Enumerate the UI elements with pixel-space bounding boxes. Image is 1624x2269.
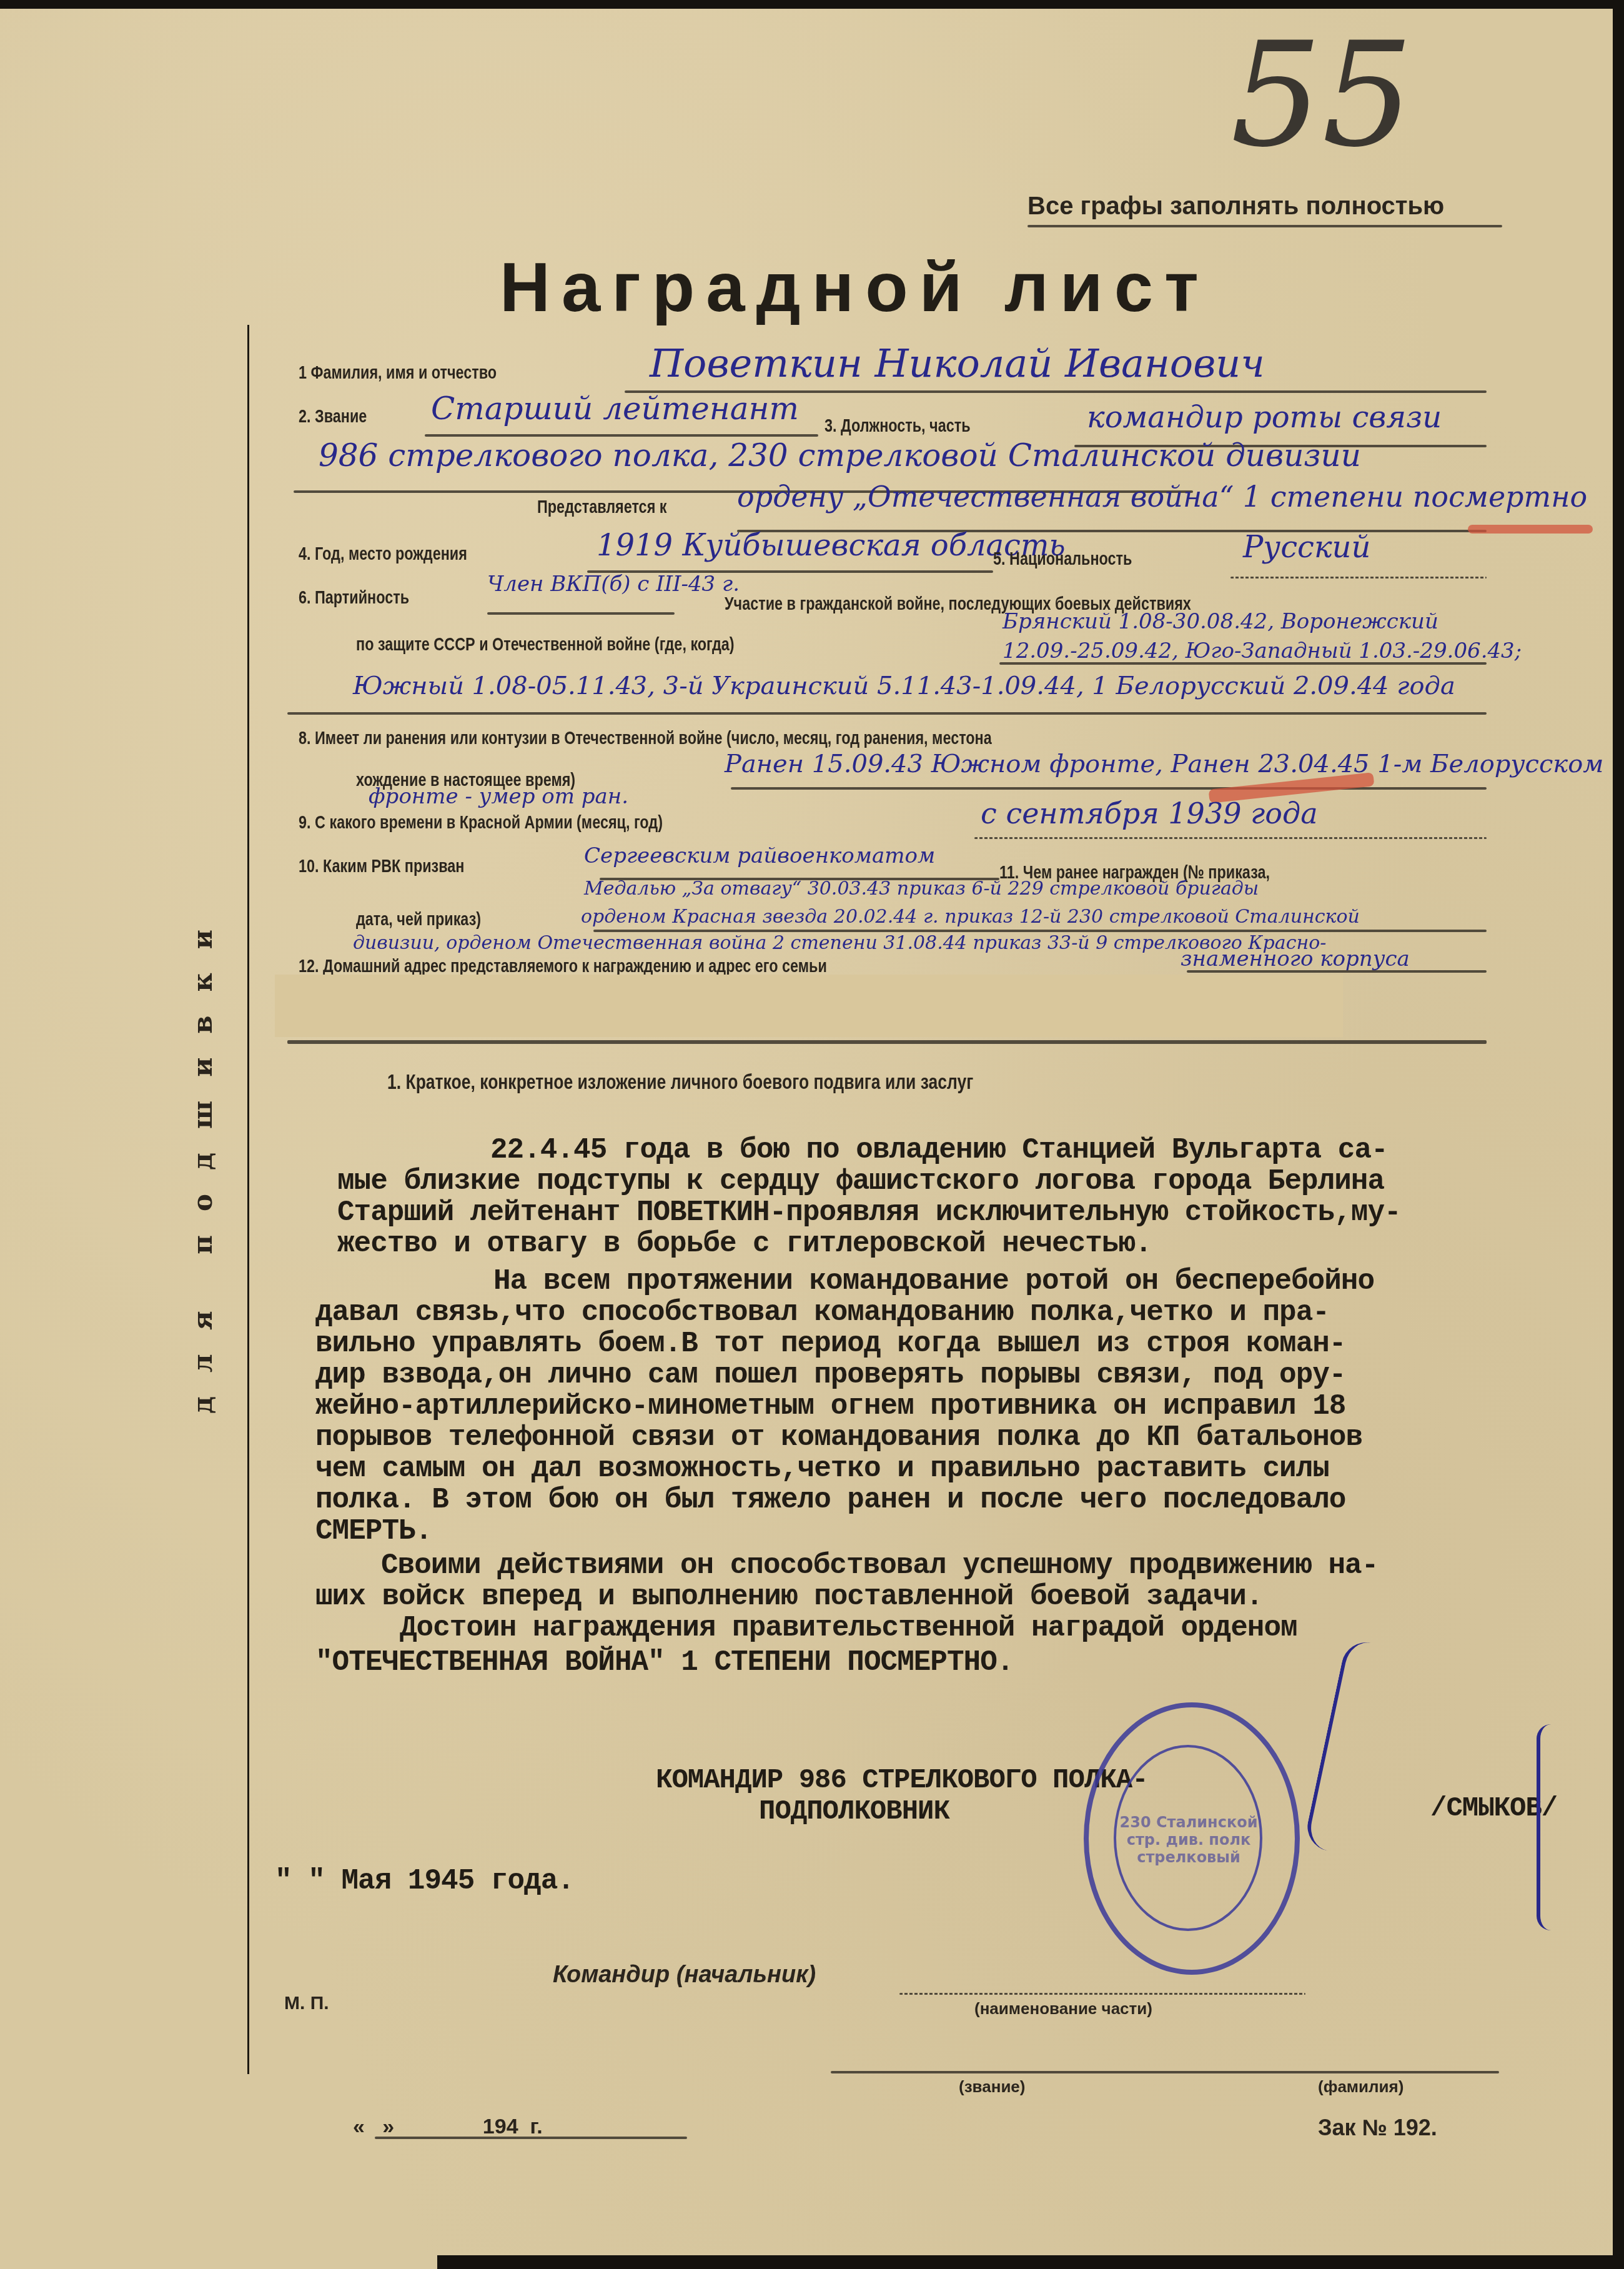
field-1-value[interactable]: Поветкин Николай Иванович [650,340,1265,386]
field-10-value[interactable]: Сергеевским райвоенкоматом [584,843,935,868]
redacted-address-band [275,975,1343,1037]
field-9-value[interactable]: с сентября 1939 года [981,797,1318,830]
field-11-value-line1[interactable]: Медалью „За отвагу“ 30.03.43 приказ 6-й … [584,878,1259,900]
field-2-label: 2. Звание [299,406,367,427]
handwritten-signature [1303,1638,1418,1861]
blank-date-line [375,2137,687,2139]
body-line-8: дир взвода,он лично сам пошел проверять … [315,1359,1345,1391]
presented-label: Представляется к [537,497,666,518]
field-5-line [1230,577,1487,578]
field-3-value-line2[interactable]: 986 стрелкового полка, 230 стрелковой Ст… [319,437,1361,474]
commander-label: Командир (начальник) [553,1962,816,1988]
field-9-line [974,837,1487,839]
surname-caption: (фамилия) [1318,2077,1404,2097]
unit-name-line [899,1993,1305,1995]
field-5-value[interactable]: Русский [1243,530,1370,565]
presented-value[interactable]: ордену „Отечественная война“ 1 степени п… [737,480,1587,514]
field-12-line [1187,970,1487,973]
field-6-value[interactable]: Член ВКП(б) с III-43 г. [487,572,740,597]
official-stamp: 230 Сталинской стр. див. полк стрелковый [1084,1702,1300,1975]
signature-stroke [1537,1724,1565,1930]
stamp-text: 230 Сталинской стр. див. полк стрелковый [1107,1814,1270,1866]
page-title: Наградной лист [500,247,1210,327]
body-line-2: мые близкие подступы к сердцу фашистског… [337,1165,1384,1198]
body-line-9: жейно-артиллерийско-минометным огнем про… [315,1390,1345,1422]
field-8-value-line2[interactable]: фронте - умер от ран. [369,784,628,809]
body-line-1: 22.4.45 года в бою по овладению Станцией… [490,1134,1388,1166]
signatory-rank: ПОДПОЛКОВНИК [759,1796,949,1827]
body-line-14: Своими действиями он способствовал успеш… [381,1549,1378,1582]
scan-edge-bottom [437,2255,1624,2269]
field-10-label: 10. Каким РВК призван [299,856,464,877]
field-11-value-line2[interactable]: орденом Красная звезда 20.02.44 г. прика… [581,906,1360,928]
field-8-line [731,787,1487,790]
field-3-label: 3. Должность, часть [824,415,971,437]
field-7-value-line2[interactable]: 12.09.-25.09.42, Юго-Западный 1.03.-29.0… [1003,638,1522,663]
body-line-12: полка. В этом бою он был тяжело ранен и … [315,1484,1345,1516]
instruction-underline [1027,225,1502,227]
binding-margin-line [247,325,249,2074]
field-12-line2 [287,1040,1487,1044]
binding-margin-label: для подшивки [187,906,218,1414]
scan-edge-top [0,0,1624,9]
field-7-label-line2: по защите СССР и Отечественной войне (гд… [356,634,735,655]
rank-surname-line [831,2071,1499,2073]
body-line-6: давал связь,что способствовал командован… [315,1296,1329,1329]
field-8-label: 8. Имеет ли ранения или контузии в Отече… [299,728,992,749]
instruction-text: Все графы заполнять полностью [1027,192,1444,221]
field-12-label: 12. Домашний адрес представляемого к наг… [299,956,827,977]
field-6-line [487,612,675,615]
body-line-16: Достоин награждения правительственной на… [400,1612,1297,1644]
body-line-13: СМЕРТЬ. [315,1515,432,1547]
red-pencil-mark [1468,525,1593,534]
field-6-label: 6. Партийность [299,587,409,608]
award-sheet-document: для подшивки 55 Все графы заполнять полн… [0,0,1624,2269]
field-7-line [999,662,1487,665]
body-line-10: порывов телефонной связи от командования… [315,1421,1362,1454]
field-9-label: 9. С какого времени в Красной Армии (мес… [299,812,663,833]
field-7-value-line3[interactable]: Южный 1.08-05.11.43, 3-й Украинский 5.11… [353,672,1455,700]
field-11-value-line4[interactable]: знаменного корпуса [1181,946,1410,971]
body-line-15: ших войск вперед и выполнению поставленн… [315,1581,1262,1613]
body-line-17: "ОТЕЧЕСТВЕННАЯ ВОЙНА" 1 СТЕПЕНИ ПОСМЕРТН… [315,1646,1013,1679]
order-number: Зак № 192. [1318,2115,1437,2141]
body-line-3: Старший лейтенант ПОВЕТКИН-проявляя искл… [337,1196,1401,1229]
field-2-line [425,434,818,437]
field-5-label: 5. Национальность [993,549,1132,570]
body-line-5: На всем протяжении командование ротой он… [493,1265,1374,1298]
field-1-label: 1 Фамилия, имя и отчество [299,362,497,384]
scan-edge-right [1613,0,1624,2269]
field-2-value[interactable]: Старший лейтенант [431,390,799,427]
field-3-value[interactable]: командир роты связи [1087,400,1442,435]
body-line-4: жество и отвагу в борьбе с гитлеровской … [337,1228,1152,1260]
unit-caption: (наименование части) [974,1999,1152,2018]
archive-mark: 55 [1230,12,1414,179]
field-7-value-line1[interactable]: Брянский 1.08-30.08.42, Воронежский [1003,609,1438,634]
body-line-11: чем самым он дал возможность,четко и пра… [315,1452,1329,1485]
rank-caption: (звание) [959,2077,1026,2097]
blank-date-template: « » 194 г. [353,2115,543,2139]
signatory-position: КОМАНДИР 986 СТРЕЛКОВОГО ПОЛКА- [656,1765,1148,1796]
section-1-heading: 1. Краткое, конкретное изложение личного… [387,1070,973,1095]
field-7-line2 [287,712,1487,715]
body-line-7: вильно управлять боем.В тот период когда… [315,1328,1345,1360]
field-11-label-line2: дата, чей приказ) [356,909,481,930]
date-line: " " Мая 1945 года. [275,1865,574,1897]
stamp-placeholder-mp: М. П. [284,1993,329,2014]
field-4-label: 4. Год, место рождения [299,544,467,565]
field-8-value-line1[interactable]: Ранен 15.09.43 Южном фронте, Ранен 23.04… [725,750,1603,778]
